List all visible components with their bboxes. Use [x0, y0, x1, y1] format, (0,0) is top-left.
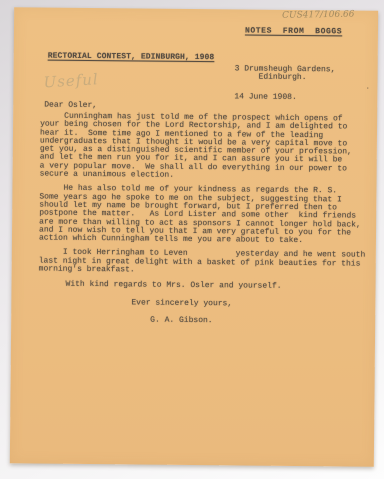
header-note: NOTES FROM BOGGS	[245, 26, 342, 36]
paragraph-1: Cunningham has just told me of the prosp…	[40, 113, 375, 183]
letter-body: Cunningham has just told me of the prosp…	[38, 113, 374, 327]
paragraph-3: I took Herringham to Leven yesterday and…	[39, 249, 373, 277]
stray-type-mark: .	[365, 83, 370, 92]
signature: G. A. Gibson.	[150, 317, 372, 327]
salutation: Dear Osler,	[44, 101, 97, 111]
letter-paper: CUS417/106.66 NOTES FROM BOGGS RECTORIAL…	[10, 7, 378, 466]
closing-regards: With kind regards to Mrs. Osler and your…	[65, 280, 372, 292]
archive-reference-handwriting: CUS417/106.66	[282, 10, 354, 21]
sender-address: 3 Drumsheugh Gardens, Edinburgh.	[234, 65, 335, 83]
valediction: Ever sincerely yours,	[131, 299, 372, 310]
scan-background: CUS417/106.66 NOTES FROM BOGGS RECTORIAL…	[0, 0, 384, 479]
letter-title: RECTORIAL CONTEST, EDINBURGH, 1908	[48, 52, 215, 63]
paragraph-2: He has also told me of your kindness as …	[39, 185, 374, 246]
pencil-annotation: Useful	[43, 70, 99, 91]
letter-date: 14 June 1908.	[234, 92, 297, 102]
